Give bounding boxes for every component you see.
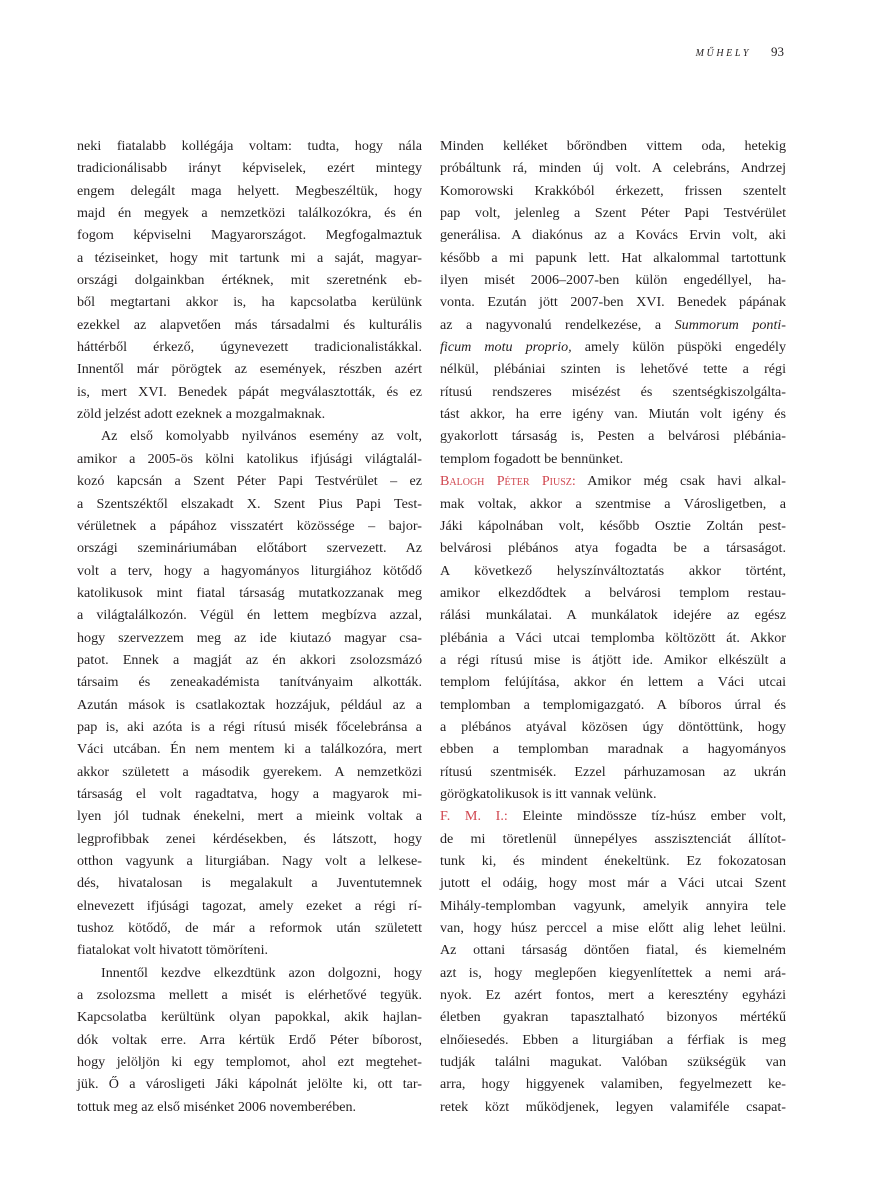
text-line: fogom képviselni Magyarországot. Megfoga…	[77, 224, 422, 246]
text-line: legprofibbak zenei kérdésekben, és látsz…	[77, 828, 422, 850]
text-line: templom felújítása, akkor én lettem a Vá…	[440, 671, 786, 693]
text-line: a plébános atyával közösen úgy döntöttün…	[440, 716, 786, 738]
text-line: retek közt működjenek, legyen valamiféle…	[440, 1096, 786, 1118]
text-line: nélkül, plébániai szinten is lehetővé te…	[440, 358, 786, 380]
text-line: elnőiesedés. Ebben a liturgiában a férfi…	[440, 1029, 786, 1051]
text-line: jutott el odáig, hogy most már a Váci ut…	[440, 872, 786, 894]
left-column: neki fiatalabb kollégája voltam: tudta, …	[77, 135, 422, 1118]
latin-title: Summorum ponti-	[675, 317, 786, 333]
text-line: a világtalálkozón. Végül én lettem megbí…	[77, 604, 422, 626]
text-line: otthon vagyunk a liturgiában. Nagy volt …	[77, 850, 422, 872]
text-line: hogy jelöljön ki egy templomot, ahol ezt…	[77, 1051, 422, 1073]
text-line: belvárosi plébános atya fogadta be a tár…	[440, 537, 786, 559]
text-line: jük. Ő a városligeti Jáki kápolnát jelöl…	[77, 1073, 422, 1095]
text-line: de mi töretlenül ünnepélyes asszisztenci…	[440, 828, 786, 850]
speaker-line: F. M. I.: Eleinte mindössze tíz-húsz emb…	[440, 805, 786, 827]
text-line: Az ottani társaság döntően fiatal, és ki…	[440, 939, 786, 961]
text-line: ilyen misét 2006–2007-ben külön engedéll…	[440, 269, 786, 291]
text-line: katolikusok mint fiatal társaság mutatko…	[77, 582, 422, 604]
text-line: rítusú rendszeres misézést és szentségki…	[440, 381, 786, 403]
text-line: vonta. Ezután jött 2007-ben XVI. Benedek…	[440, 291, 786, 313]
text-line: gyakorlott társaság is, Pesten a belváro…	[440, 425, 786, 447]
text-line: Innentől már pörögtek az események, rész…	[77, 358, 422, 380]
text-line: dók voltak erre. Arra kértük Erdő Péter …	[77, 1029, 422, 1051]
speaker-name: F. M. I.:	[440, 808, 508, 824]
text-line: a zsolozsma mellett a misét is elérhetőv…	[77, 984, 422, 1006]
text-line: neki fiatalabb kollégája voltam: tudta, …	[77, 135, 422, 157]
speaker-name: Balogh Péter Piusz:	[440, 473, 576, 489]
text-line: generálisa. A diakónus az a Kovács Ervin…	[440, 224, 786, 246]
text-line: hogy szervezzem meg az ide kiutazó magya…	[77, 627, 422, 649]
text-line: társaim és zeneakadémista tanítványaim a…	[77, 671, 422, 693]
text-line: háttérből érkező, úgynevezett tradiciona…	[77, 336, 422, 358]
text-line: templomban a templomigazgató. A bíboros …	[440, 694, 786, 716]
text-line: kozó kapcsán a Szent Péter Papi Testvérü…	[77, 470, 422, 492]
text-line: görögkatolikusok is itt vannak velünk.	[440, 783, 786, 805]
text-line: Azután mások is csatlakoztak hozzájuk, p…	[77, 694, 422, 716]
text-line: tradicionálisabb irányt képviselek, ezér…	[77, 157, 422, 179]
text-line: Minden kelléket bőröndben vittem oda, he…	[440, 135, 786, 157]
text-line: nyok. Ez azért fontos, mert a keresztény…	[440, 984, 786, 1006]
text-line: tást akkor, ha erre igény van. Miután vo…	[440, 403, 786, 425]
text-line: majd én megyek a nemzetközi találkozókra…	[77, 202, 422, 224]
paragraph-celebration: Minden kelléket bőröndben vittem oda, he…	[440, 135, 786, 314]
text-line: életben gyakran tapasztalható bizonyos m…	[440, 1006, 786, 1028]
text-line: dés, hivatalosan is megalakult a Juventu…	[77, 872, 422, 894]
paragraph: neki fiatalabb kollégája voltam: tudta, …	[77, 135, 422, 425]
text-line: az a nagyvonalú rendelkezése, a Summorum…	[440, 314, 786, 336]
section-name: MŰHELY	[696, 48, 751, 59]
running-head: MŰHELY 93	[696, 44, 784, 60]
text-line: ficum motu proprio, amely külön püspöki …	[440, 336, 786, 358]
text-line: is, mert XVI. Benedek pápát megválasztot…	[77, 381, 422, 403]
paragraph: Az első komolyabb nyilvános esemény az v…	[77, 425, 422, 961]
text-line: pap is, aki azóta is a régi rítusú misék…	[77, 716, 422, 738]
text-line: arra, hogy higgyenek valamiben, fegyelme…	[440, 1073, 786, 1095]
text-line: vérületnek a pápához visszatért közösség…	[77, 515, 422, 537]
text-line: Az első komolyabb nyilvános esemény az v…	[77, 425, 422, 447]
text-line: tottuk meg az első misénket 2006 novembe…	[77, 1096, 422, 1118]
text-line: elnevezett ifjúsági tagozat, amely ezeke…	[77, 895, 422, 917]
speaker-answer: mak voltak, akkor a szentmise a Városlig…	[440, 493, 786, 806]
text-line: plébánia a Váci utcai templomba költözöt…	[440, 627, 786, 649]
speaker-answer: de mi töretlenül ünnepélyes asszisztenci…	[440, 828, 786, 1118]
text-line: lyen jól tudnak énekelni, mert a mieink …	[77, 805, 422, 827]
speaker-line: Balogh Péter Piusz: Amikor még csak havi…	[440, 470, 786, 492]
text-line: próbáltunk rá, minden új volt. A celebrá…	[440, 157, 786, 179]
text-line: a régi rítusú mise is átjött ide. Amikor…	[440, 649, 786, 671]
text-line: rítusú szentmisék. Ezzel párhuzamosan az…	[440, 761, 786, 783]
text-line: később a mi papunk lett. Hat alkalommal …	[440, 247, 786, 269]
text-line: Kapcsolatba kerültünk olyan papokkal, ak…	[77, 1006, 422, 1028]
text-line: zöld jelzést adott ezeknek a mozgalmakna…	[77, 403, 422, 425]
text-line: ezekkel az alapvetően más társadalmi és …	[77, 314, 422, 336]
text-line: tushoz kötődő, de már a reformok után sz…	[77, 917, 422, 939]
text-line: Váci utcában. Én nem mentem ki a találko…	[77, 738, 422, 760]
text-line: a téziseinket, hogy mit tartunk mi a saj…	[77, 247, 422, 269]
text-line: országi szemináriumában előtábort szerve…	[77, 537, 422, 559]
text-line: Mihály-templomban vagyunk, amelyik annyi…	[440, 895, 786, 917]
text-line: tudják találni magukat. Valóban szükségü…	[440, 1051, 786, 1073]
text-line: tunk ki, és mindent énekeltünk. Ez fokoz…	[440, 850, 786, 872]
text-line: fiatalokat volt hivatott tömöríteni.	[77, 939, 422, 961]
text-line: azt is, hogy meglepően kiegyenlítettek a…	[440, 962, 786, 984]
text-line: patot. Ennek a magját az én akkori zsolo…	[77, 649, 422, 671]
text-line: pap volt, jelenleg a Szent Péter Papi Te…	[440, 202, 786, 224]
text-line: amikor elkezdődtek a belvárosi templom r…	[440, 582, 786, 604]
text-line: mak voltak, akkor a szentmise a Városlig…	[440, 493, 786, 515]
text-line: Komorowski Krakkóból érkezett, frissen s…	[440, 180, 786, 202]
text-line: a Szentszéktől elszakadt X. Szent Pius P…	[77, 493, 422, 515]
text-line: rálási munkálatai. A munkálatok idejére …	[440, 604, 786, 626]
text-line: Innentől kezdve elkezdtünk azon dolgozni…	[77, 962, 422, 984]
text-line: ből megtartani akkor is, ha kapcsolatba …	[77, 291, 422, 313]
text-line: van, hogy húsz perccel a mise előtt alig…	[440, 917, 786, 939]
latin-title: ficum motu proprio,	[440, 339, 572, 355]
text-line: amikor a 2005-ös kölni katolikus ifjúság…	[77, 448, 422, 470]
text-line: ebben a templomban maradnak a hagyományo…	[440, 738, 786, 760]
paragraph: Innentől kezdve elkezdtünk azon dolgozni…	[77, 962, 422, 1118]
text-line: volt a terv, hogy a hagyományos liturgiá…	[77, 560, 422, 582]
text-line: A következő helyszínváltoztatás akkor tö…	[440, 560, 786, 582]
right-column: Minden kelléket bőröndben vittem oda, he…	[440, 135, 786, 1118]
text-line: engem delegált maga helyett. Megbeszéltü…	[77, 180, 422, 202]
text-line: országi dolgainkban értéknek, mit szeret…	[77, 269, 422, 291]
page-number: 93	[771, 44, 784, 60]
text-line: templom fogadott be bennünket.	[440, 448, 786, 470]
text-line: akkor született a második gyerekem. A ne…	[77, 761, 422, 783]
text-line: Jáki kápolnában volt, később Osztie Zolt…	[440, 515, 786, 537]
text-line: társaság el volt ragadtatva, hogy a magy…	[77, 783, 422, 805]
